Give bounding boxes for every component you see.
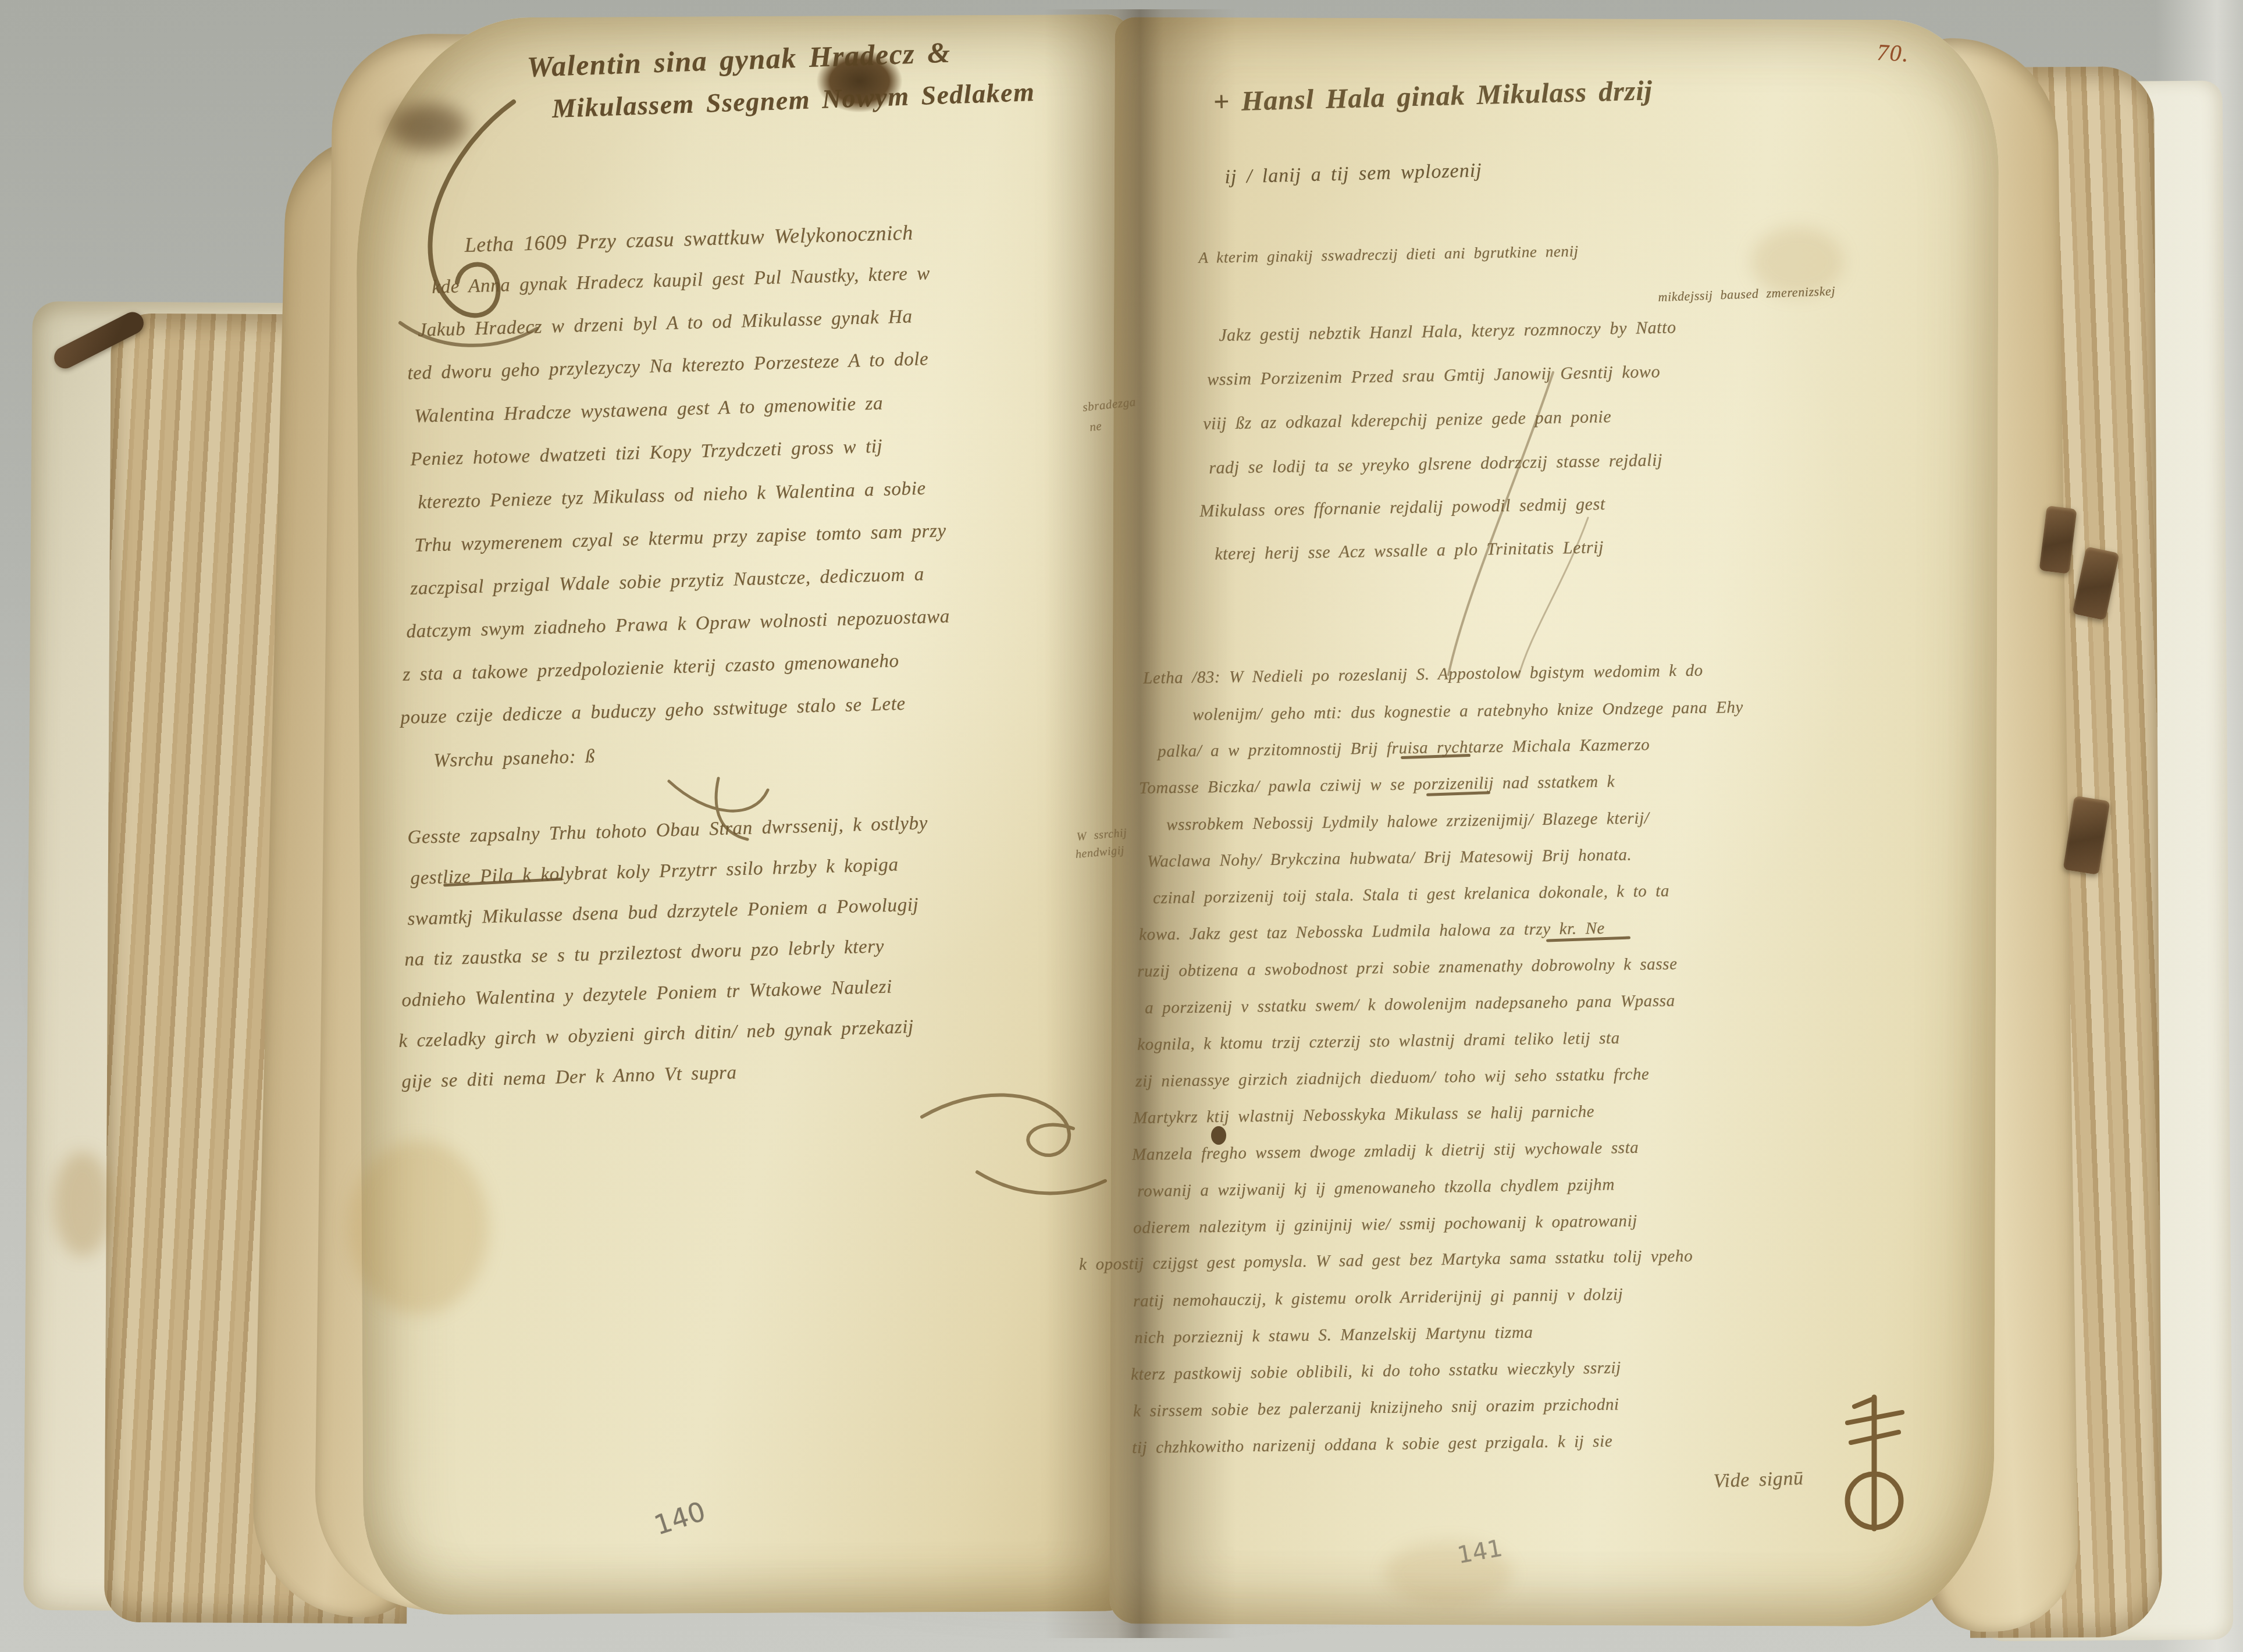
entry-end-flourish xyxy=(907,1076,1128,1216)
page-number: 70. xyxy=(1877,38,1910,67)
manuscript-photo: Walentin sina gynak Hradecz & Mikulassem… xyxy=(0,0,2243,1652)
merchant-mark-icon xyxy=(1831,1391,1918,1537)
manuscript-line: Wsrchu psaneho: ß xyxy=(433,746,596,772)
cover-stain xyxy=(54,1152,112,1256)
descender-stroke xyxy=(1419,361,1594,686)
margin-note-line: ne xyxy=(1089,419,1103,435)
initial-swash-flourish xyxy=(365,81,540,355)
paper-stain xyxy=(349,1140,489,1315)
signature-text: Vide signū xyxy=(1713,1468,1804,1493)
ink-spot xyxy=(1211,1126,1226,1145)
